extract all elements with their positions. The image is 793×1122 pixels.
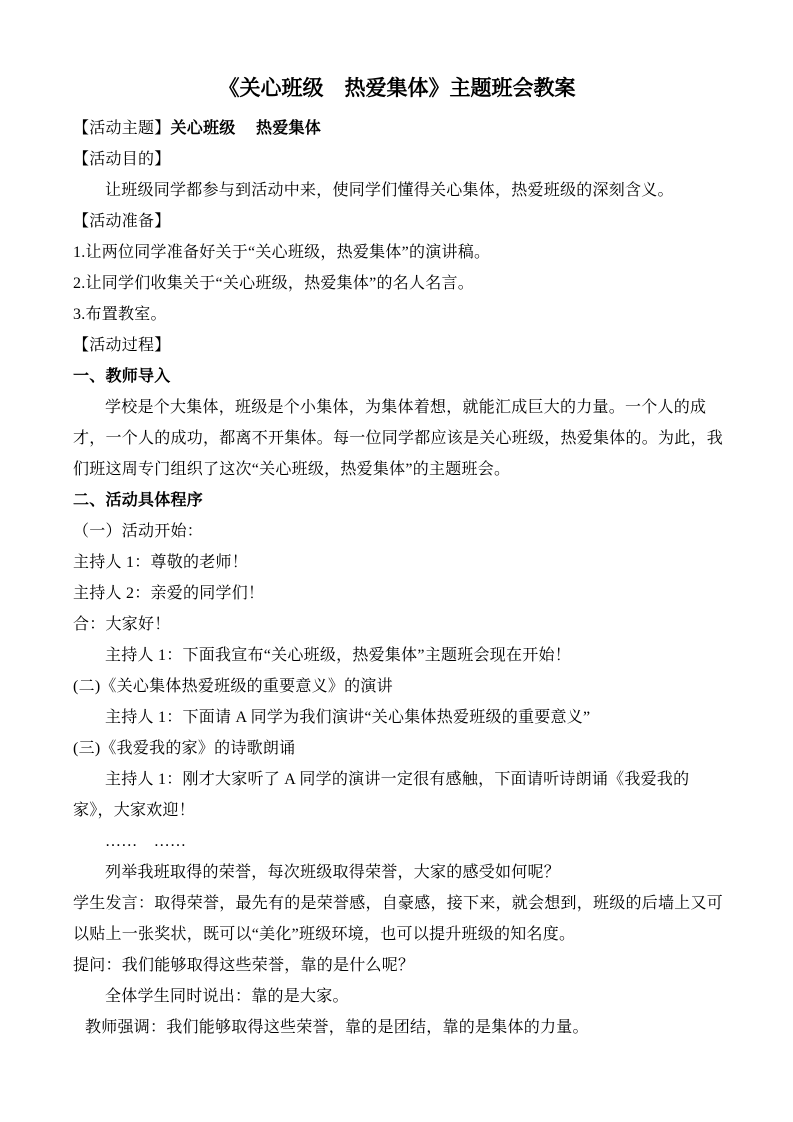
paragraph-line: 提问：我们能够取得这些荣誉，靠的是什么呢？ [73,950,721,981]
text-segment: 家》，大家欢迎！ [73,802,195,819]
paragraph-line: 二、活动具体程序 [73,485,721,516]
text-segment: 让班级同学都参与到活动中来，使同学们懂得关心集体，热爱班级的深刻含义。 [105,182,674,199]
text-segment: 合：大家好！ [73,616,171,633]
text-segment: 3.布置教室。 [73,306,167,323]
text-segment: (三)《我爱我的家》的诗歌朗诵 [73,740,295,757]
paragraph-line: 全体学生同时说出：靠的是大家。 [73,981,721,1012]
paragraph-line: 家》，大家欢迎！ [73,795,721,826]
paragraph-line: （一）活动开始： [73,516,721,547]
paragraph-line: 们班这周专门组织了这次“关心班级，热爱集体”的主题班会。 [73,454,721,485]
text-segment: 学生发言：取得荣誉，最先有的是荣誉感，自豪感，接下来，就会想到，班级的后墙上又可 [73,895,723,912]
paragraph-line: 【活动主题】关心班级 热爱集体 [73,113,721,144]
text-segment: 教师强调：我们能够取得这些荣誉，靠的是团结，靠的是集体的力量。 [85,1019,589,1036]
paragraph-line: …… …… [73,826,721,857]
paragraph-line: 以贴上一张奖状，既可以“美化”班级环境，也可以提升班级的知名度。 [73,919,721,950]
document-page: 《关心班级 热爱集体》主题班会教案 【活动主题】关心班级 热爱集体【活动目的】让… [0,0,793,1122]
text-segment: 1.让两位同学准备好关于“关心班级，热爱集体”的演讲稿。 [73,244,490,261]
text-segment: 主持人 1：尊敬的老师！ [73,554,248,571]
paragraph-line: 学校是个大集体，班级是个小集体，为集体着想，就能汇成巨大的力量。一个人的成 [73,392,721,423]
paragraph-line: 学生发言：取得荣誉，最先有的是荣誉感，自豪感，接下来，就会想到，班级的后墙上又可 [73,888,721,919]
paragraph-line: 才，一个人的成功，都离不开集体。每一位同学都应该是关心班级，热爱集体的。为此，我 [73,423,721,454]
paragraph-line: 一、教师导入 [73,361,721,392]
paragraph-line: 3.布置教室。 [73,299,721,330]
text-segment: 全体学生同时说出：靠的是大家。 [105,988,349,1005]
document-title: 《关心班级 热爱集体》主题班会教案 [73,73,721,103]
text-segment: 学校是个大集体，班级是个小集体，为集体着想，就能汇成巨大的力量。一个人的成 [105,399,706,416]
paragraph-line: 列举我班取得的荣誉，每次班级取得荣誉，大家的感受如何呢？ [73,857,721,888]
text-segment: 主持人 1：下面我宣布“关心班级，热爱集体”主题班会现在开始！ [105,647,571,664]
paragraph-line: 主持人 1：尊敬的老师！ [73,547,721,578]
text-segment: 【活动目的】 [73,151,171,168]
document-body: 【活动主题】关心班级 热爱集体【活动目的】让班级同学都参与到活动中来，使同学们懂… [73,113,721,1043]
text-segment: 主持人 1：下面请 A 同学为我们演讲“关心集体热爱班级的重要意义” [105,709,590,726]
paragraph-line: (二)《关心集体热爱班级的重要意义》的演讲 [73,671,721,702]
paragraph-line: 【活动过程】 [73,330,721,361]
paragraph-line: 主持人 1：刚才大家听了 A 同学的演讲一定很有感触，下面请听诗朗诵《我爱我的 [73,764,721,795]
bold-text-segment: 关心班级 热爱集体 [171,120,322,137]
paragraph-line: 让班级同学都参与到活动中来，使同学们懂得关心集体，热爱班级的深刻含义。 [73,175,721,206]
text-segment: …… …… [105,833,186,850]
bold-text-segment: 一、教师导入 [73,368,171,385]
paragraph-line: 【活动目的】 [73,144,721,175]
text-segment: 以贴上一张奖状，既可以“美化”班级环境，也可以提升班级的知名度。 [73,926,575,943]
text-segment: 提问：我们能够取得这些荣誉，靠的是什么呢？ [73,957,414,974]
paragraph-line: 教师强调：我们能够取得这些荣誉，靠的是团结，靠的是集体的力量。 [73,1012,721,1043]
bold-text-segment: 二、活动具体程序 [73,492,203,509]
text-segment: 列举我班取得的荣誉，每次班级取得荣誉，大家的感受如何呢？ [105,864,560,881]
text-segment: 【活动主题】 [73,120,171,137]
text-segment: 主持人 1：刚才大家听了 A 同学的演讲一定很有感触，下面请听诗朗诵《我爱我的 [105,771,689,788]
paragraph-line: 主持人 1：下面我宣布“关心班级，热爱集体”主题班会现在开始！ [73,640,721,671]
text-segment: (二)《关心集体热爱班级的重要意义》的演讲 [73,678,393,695]
text-segment: 【活动准备】 [73,213,171,230]
text-segment: 【活动过程】 [73,337,171,354]
text-segment: 们班这周专门组织了这次“关心班级，热爱集体”的主题班会。 [73,461,510,478]
paragraph-line: 合：大家好！ [73,609,721,640]
paragraph-line: 1.让两位同学准备好关于“关心班级，热爱集体”的演讲稿。 [73,237,721,268]
text-segment: 才，一个人的成功，都离不开集体。每一位同学都应该是关心班级，热爱集体的。为此，我 [73,430,723,447]
paragraph-line: 2.让同学们收集关于“关心班级，热爱集体”的名人名言。 [73,268,721,299]
paragraph-line: 主持人 2：亲爱的同学们！ [73,578,721,609]
paragraph-line: (三)《我爱我的家》的诗歌朗诵 [73,733,721,764]
paragraph-line: 主持人 1：下面请 A 同学为我们演讲“关心集体热爱班级的重要意义” [73,702,721,733]
paragraph-line: 【活动准备】 [73,206,721,237]
text-segment: （一）活动开始： [73,523,203,540]
text-segment: 主持人 2：亲爱的同学们！ [73,585,264,602]
text-segment: 2.让同学们收集关于“关心班级，热爱集体”的名人名言。 [73,275,474,292]
